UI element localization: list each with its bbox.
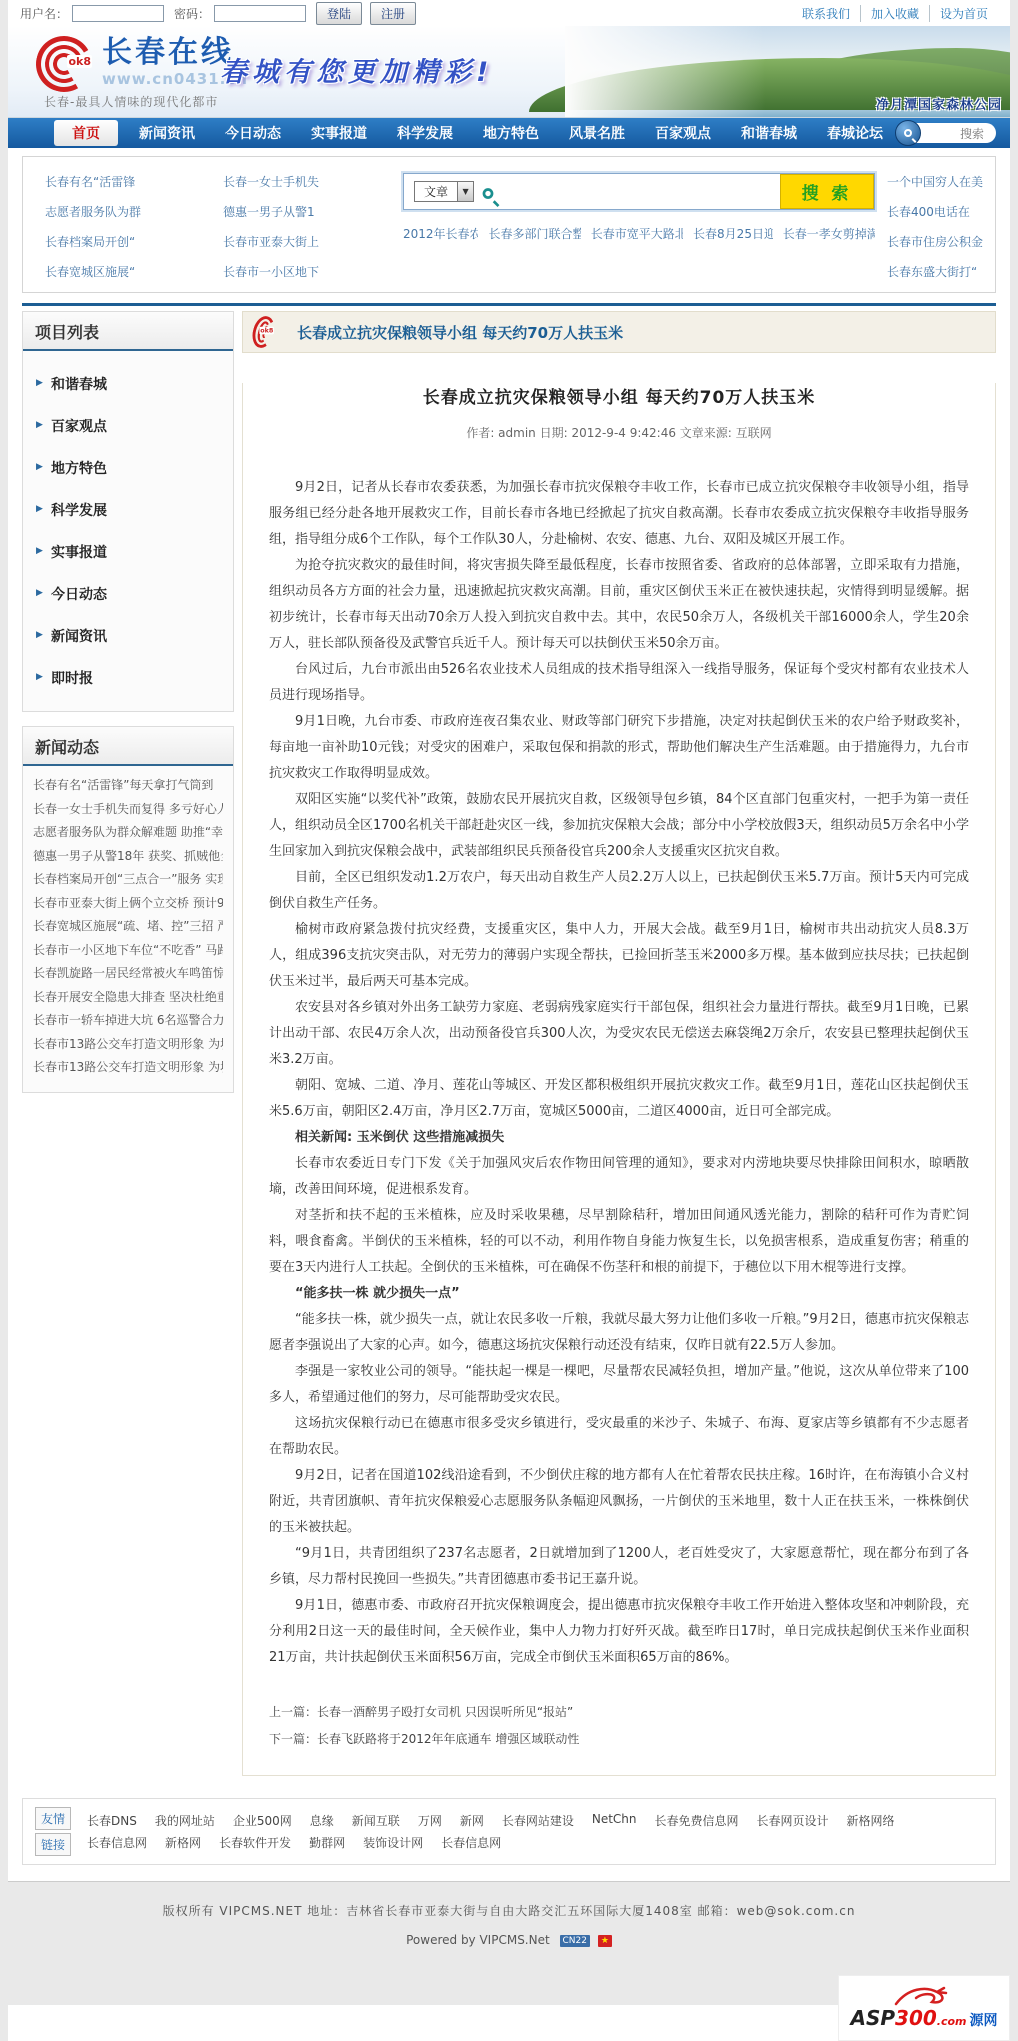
content-header-bar: ok8 长春成立抗灾保粮领导小组 每天约70万人扶玉米	[242, 311, 996, 353]
friend-link[interactable]: 长春信息网	[87, 1834, 147, 1851]
quick-link[interactable]: 长春市住房公积金	[887, 233, 1010, 250]
news-list-box: 新闻动态 长春有名“活雷锋”每天拿打气筒到长春一女士手机失而复得 多亏好心人相志…	[22, 726, 234, 1093]
project-list-title: 项目列表	[23, 312, 233, 351]
powered-line: Powered by VIPCMS.Net CN22 ★	[8, 1933, 1010, 1947]
search-icon	[483, 179, 494, 205]
flag-icon: ★	[598, 1935, 612, 1947]
friend-link[interactable]: 我的网址站	[155, 1812, 215, 1829]
friend-link[interactable]: 长春信息网	[441, 1834, 501, 1851]
friendly-links-box: 友情 链接 长春DNS我的网址站企业500网息缘新闻互联万网新网长春网站建设Ne…	[22, 1798, 996, 1865]
article-paragraph: 榆树市政府紧急拨付抗灾经费，支援重灾区，集中人力，开展大会战。截至9月1日，榆树…	[269, 917, 969, 995]
copyright-text: 版权所有 VIPCMS.NET 地址：吉林省长春市亚泰大街与自由大路交汇五环国际…	[8, 1902, 1010, 1919]
search-input[interactable]	[502, 179, 780, 205]
watermark-brand: ASP300.com源网	[850, 2009, 997, 2031]
project-list: 和谐春城百家观点地方特色科学发展实事报道今日动态新闻资讯即时报	[23, 351, 233, 711]
friend-link[interactable]: 新网	[460, 1812, 484, 1829]
article-paragraph: 李强是一家牧业公司的领导。“能扶起一棵是一棵吧，尽量帮农民减轻负担，增加产量。”…	[269, 1359, 969, 1411]
quick-link[interactable]: 长春8月25日迎	[693, 225, 773, 242]
nav-item[interactable]: 今日动态	[210, 121, 296, 145]
quick-links-right: 一个中国穷人在美振华武道联合领商长春400电话在勤群网-互联网互长春市住房公积金…	[887, 173, 1010, 280]
article-paragraph: 9月1日，德惠市委、市政府召开抗灾保粮调度会，提出德惠市抗灾保粮夺丰收工作开始进…	[269, 1593, 969, 1671]
quick-link[interactable]: 一个中国穷人在美	[887, 173, 1010, 190]
news-item[interactable]: 长春市13路公交车打造文明形象 为城	[33, 1033, 223, 1057]
nav-search-label: 搜索	[960, 125, 984, 142]
news-item[interactable]: 长春市亚泰大街上俩个立交桥 预计9月	[33, 892, 223, 916]
nav-item[interactable]: 实事报道	[296, 121, 382, 145]
quick-link[interactable]: 长春400电话在	[887, 203, 1010, 220]
main-nav: 首页新闻资讯今日动态实事报道科学发展地方特色风景名胜百家观点和谐春城春城论坛搜索	[8, 118, 1010, 148]
friend-link[interactable]: 长春网站建设	[502, 1812, 574, 1829]
friend-link[interactable]: 新格网	[165, 1834, 201, 1851]
site-banner: 净月潭国家森林公园 ok8 长春在线 www.cn0431.cn 春城有您更加精…	[8, 26, 1010, 118]
banner-park-photo: 净月潭国家森林公园	[565, 26, 1010, 117]
article-paragraph: 9月2日，记者在国道102线沿途看到，不少倒伏庄稼的地方都有人在忙着帮农民扶庄稼…	[269, 1463, 969, 1541]
sidebar-category-item[interactable]: 百家观点	[23, 405, 233, 447]
topbar: 用户名： 密码： 登陆 注册 联系我们加入收藏设为首页	[8, 0, 1010, 26]
quick-link[interactable]: 长春市亚泰大街上	[223, 233, 391, 250]
password-field-group: 密码：	[174, 5, 306, 22]
cms-badge: CN22	[560, 1935, 590, 1947]
sidebar-category-item[interactable]: 今日动态	[23, 573, 233, 615]
friend-link[interactable]: 长春软件开发	[219, 1834, 291, 1851]
search-category-select[interactable]: 文章 ▼	[414, 181, 474, 202]
sidebar: 项目列表 和谐春城百家观点地方特色科学发展实事报道今日动态新闻资讯即时报 新闻动…	[22, 311, 234, 1776]
site-logo[interactable]: ok8 长春在线 www.cn0431.cn	[36, 36, 248, 92]
prev-article-link[interactable]: 上一篇：长春一酒醉男子殴打女司机 只因误听所见“报站”	[269, 1703, 969, 1720]
quick-link[interactable]: 长春一孝女剪掉满	[783, 225, 875, 242]
article-paragraph: 长春市农委近日专门下发《关于加强风灾后农作物田间管理的通知》，要求对内涝地块要尽…	[269, 1151, 969, 1203]
news-item[interactable]: 德惠一男子从警18年 获奖、抓贼他全	[33, 845, 223, 869]
quick-link[interactable]: 长春有名“活雷锋	[45, 173, 223, 190]
sidebar-category-item[interactable]: 即时报	[23, 657, 233, 699]
quick-links-band: 长春有名“活雷锋长春一女士手机失志愿者服务队为群德惠一男子从警1长春档案局开创“…	[22, 156, 996, 293]
quick-link[interactable]: 长春市宽平大路北	[591, 225, 683, 242]
article-paragraph: 对茎折和扶不起的玉米植株，应及时采收果穗，尽早割除秸秆，增加田间通风透光能力，割…	[269, 1203, 969, 1281]
friend-link[interactable]: 长春DNS	[87, 1812, 137, 1829]
friendly-links-row1: 长春DNS我的网址站企业500网息缘新闻互联万网新网长春网站建设NetChn长春…	[87, 1812, 895, 1829]
sidebar-category-item[interactable]: 新闻资讯	[23, 615, 233, 657]
news-list: 长春有名“活雷锋”每天拿打气筒到长春一女士手机失而复得 多亏好心人相志愿者服务队…	[23, 766, 233, 1092]
quick-link[interactable]: 长春多部门联合整	[488, 225, 580, 242]
news-item[interactable]: 长春市一小区地下车位“不吃香” 马路	[33, 939, 223, 963]
search-category-value: 文章	[415, 183, 457, 200]
friend-link[interactable]: 勤群网	[309, 1834, 345, 1851]
quick-link[interactable]: 2012年长春农	[403, 225, 478, 242]
nav-item[interactable]: 首页	[54, 120, 118, 146]
quick-link[interactable]: 长春一女士手机失	[223, 173, 391, 190]
page: 用户名： 密码： 登陆 注册 联系我们加入收藏设为首页 净月潭国家森林公园 ok…	[8, 0, 1010, 2041]
register-button[interactable]: 注册	[370, 2, 416, 25]
friend-badge-top: 友情	[35, 1807, 71, 1830]
topbar-links: 联系我们加入收藏设为首页	[792, 5, 998, 22]
news-item[interactable]: 长春有名“活雷锋”每天拿打气筒到	[33, 774, 223, 798]
quick-link[interactable]: 长春东盛大街打“	[887, 263, 1010, 280]
article: 长春成立抗灾保粮领导小组 每天约70万人扶玉米 作者: admin 日期: 20…	[242, 383, 996, 1776]
article-paragraph: 为抢夺抗灾救灾的最佳时间，将灾害损失降至最低程度，长春市按照省委、省政府的总体部…	[269, 553, 969, 657]
sidebar-category-item[interactable]: 和谐春城	[23, 363, 233, 405]
username-input[interactable]	[72, 5, 164, 22]
nav-search-pill[interactable]: 搜索	[898, 123, 996, 143]
news-item[interactable]: 长春凯旋路一居民经常被火车鸣笛惊醒	[33, 962, 223, 986]
nav-item[interactable]: 和谐春城	[726, 121, 812, 145]
topbar-link[interactable]: 设为首页	[929, 5, 998, 22]
nav-item[interactable]: 科学发展	[382, 121, 468, 145]
nav-item[interactable]: 风景名胜	[554, 121, 640, 145]
site-tagline: 长春-最具人情味的现代化都市	[44, 93, 218, 110]
powered-by-text: Powered by VIPCMS.Net	[406, 1933, 550, 1947]
chevron-down-icon[interactable]: ▼	[457, 182, 473, 201]
friend-link[interactable]: 企业500网	[233, 1812, 292, 1829]
article-paragraph: 农安县对各乡镇对外出务工缺劳力家庭、老弱病残家庭实行干部包保，组织社会力量进行帮…	[269, 995, 969, 1073]
friend-link[interactable]: 息缘	[310, 1812, 334, 1829]
quick-link[interactable]: 长春宽城区施展“	[45, 263, 223, 280]
password-label: 密码：	[174, 5, 210, 22]
friend-link[interactable]: 长春免费信息网	[655, 1812, 739, 1829]
article-paragraph: 9月2日，记者从长春市农委获悉，为加强长春市抗灾保粮夺丰收工作，长春市已成立抗灾…	[269, 475, 969, 553]
friend-link[interactable]: NetChn	[592, 1812, 637, 1829]
news-item[interactable]: 长春宽城区施展“疏、堵、控”三招 严	[33, 915, 223, 939]
article-paragraph: “9月1日，共青团组织了237名志愿者，2日就增加到了1200人，老百姓受灾了，…	[269, 1541, 969, 1593]
username-field-group: 用户名：	[20, 5, 164, 22]
friend-link[interactable]: 万网	[418, 1812, 442, 1829]
article-paragraph: 这场抗灾保粮行动已在德惠市很多受灾乡镇进行，受灾最重的米沙子、朱城子、布海、夏家…	[269, 1411, 969, 1463]
quick-link[interactable]: 志愿者服务队为群	[45, 203, 223, 220]
logo-badge: ok8	[67, 55, 92, 68]
news-list-title: 新闻动态	[23, 727, 233, 766]
article-body: 9月2日，记者从长春市农委获悉，为加强长春市抗灾保粮夺丰收工作，长春市已成立抗灾…	[269, 475, 969, 1671]
news-item[interactable]: 长春档案局开创“三点合一”服务 实现	[33, 868, 223, 892]
friend-link[interactable]: 新格网络	[847, 1812, 895, 1829]
site-search-box: 文章 ▼ 搜 索	[403, 173, 875, 210]
quick-link[interactable]: 德惠一男子从警1	[223, 203, 391, 220]
news-item[interactable]: 长春市一轿车掉进大坑 6名巡警合力将	[33, 1009, 223, 1033]
logo-arcs-icon: ok8	[253, 316, 274, 348]
article-paragraph: “能多扶一株 就少损失一点”	[269, 1281, 969, 1307]
article-paragraph: 9月1日晚，九台市委、市政府连夜召集农业、财政等部门研究下步措施，决定对扶起倒伏…	[269, 709, 969, 787]
topbar-link[interactable]: 加入收藏	[860, 5, 929, 22]
dragon-icon	[892, 1985, 956, 2007]
main-area: 项目列表 和谐春城百家观点地方特色科学发展实事报道今日动态新闻资讯即时报 新闻动…	[22, 303, 996, 1776]
search-area: 文章 ▼ 搜 索 2012年长春农长春多部门联合整长春市宽平大路北长春8月25日…	[403, 173, 875, 242]
article-paragraph: “能多扶一株，就少损失一点，就让农民多收一斤粮，我就尽最大努力让他们多收一斤粮。…	[269, 1307, 969, 1359]
sidebar-category-item[interactable]: 实事报道	[23, 531, 233, 573]
article-paragraph: 朝阳、宽城、二道、净月、莲花山等城区、开发区都积极组织开展抗灾救灾工作。截至9月…	[269, 1073, 969, 1125]
username-label: 用户名：	[20, 5, 68, 22]
friendly-links-row2: 长春信息网新格网长春软件开发勤群网装饰设计网长春信息网	[87, 1834, 895, 1851]
project-list-box: 项目列表 和谐春城百家观点地方特色科学发展实事报道今日动态新闻资讯即时报	[22, 311, 234, 712]
news-item[interactable]: 长春开展安全隐患大排查 坚决杜绝重	[33, 986, 223, 1010]
friend-link[interactable]: 新闻互联	[352, 1812, 400, 1829]
friendly-links: 长春DNS我的网址站企业500网息缘新闻互联万网新网长春网站建设NetChn长春…	[87, 1807, 895, 1856]
content-column: ok8 长春成立抗灾保粮领导小组 每天约70万人扶玉米 长春成立抗灾保粮领导小组…	[242, 311, 996, 1776]
friend-badge-bottom: 链接	[35, 1833, 71, 1856]
article-paragraph: 目前，全区已组织发动1.2万农户，每天出动自救生产人员2.2万人以上，已扶起倒伏…	[269, 865, 969, 917]
article-title: 长春成立抗灾保粮领导小组 每天约70万人扶玉米	[269, 383, 969, 408]
quick-link[interactable]: 长春市一小区地下	[223, 263, 391, 280]
asp300-watermark: ASP300.com源网	[838, 1975, 1010, 2041]
quick-links-left: 长春有名“活雷锋长春一女士手机失志愿者服务队为群德惠一男子从警1长春档案局开创“…	[45, 173, 391, 280]
search-button[interactable]: 搜 索	[780, 174, 874, 209]
nav-item[interactable]: 地方特色	[468, 121, 554, 145]
nav-item[interactable]: 百家观点	[640, 121, 726, 145]
quick-link[interactable]: 长春档案局开创“	[45, 233, 223, 250]
news-item[interactable]: 长春市13路公交车打造文明形象 为城	[33, 1056, 223, 1080]
banner-caption: 净月潭国家森林公园	[876, 94, 1002, 113]
friend-link[interactable]: 长春网页设计	[757, 1812, 829, 1829]
article-paragraph: 相关新闻: 玉米倒伏 这些措施减损失	[269, 1125, 969, 1151]
news-item[interactable]: 志愿者服务队为群众解难题 助推“幸	[33, 821, 223, 845]
topbar-link[interactable]: 联系我们	[792, 5, 860, 22]
article-paragraph: 双阳区实施“以奖代补”政策，鼓励农民开展抗灾自救，区级领导包乡镇，84个区直部门…	[269, 787, 969, 865]
content-bar-title: 长春成立抗灾保粮领导小组 每天约70万人扶玉米	[297, 322, 623, 343]
sidebar-category-item[interactable]: 科学发展	[23, 489, 233, 531]
site-slogan: 春城有您更加精彩!	[220, 50, 493, 89]
friendly-links-badge: 友情 链接	[35, 1807, 71, 1856]
sidebar-category-item[interactable]: 地方特色	[23, 447, 233, 489]
next-article-link[interactable]: 下一篇：长春飞跃路将于2012年年底通车 增强区域联动性	[269, 1730, 969, 1747]
quick-links-bottom: 2012年长春农长春多部门联合整长春市宽平大路北长春8月25日迎长春一孝女剪掉满	[403, 225, 875, 242]
article-meta: 作者: admin 日期: 2012-9-4 9:42:46 文章来源: 互联网	[269, 424, 969, 441]
news-item[interactable]: 长春一女士手机失而复得 多亏好心人相	[33, 798, 223, 822]
nav-item[interactable]: 新闻资讯	[124, 121, 210, 145]
article-paragraph: 台风过后，九台市派出由526名农业技术人员组成的技术指导组深入一线指导服务，保证…	[269, 657, 969, 709]
nav-item[interactable]: 春城论坛	[812, 121, 898, 145]
search-icon[interactable]	[895, 120, 921, 146]
logo-arcs-icon: ok8	[36, 36, 92, 92]
password-input[interactable]	[214, 5, 306, 22]
login-button[interactable]: 登陆	[316, 2, 362, 25]
friend-link[interactable]: 装饰设计网	[363, 1834, 423, 1851]
